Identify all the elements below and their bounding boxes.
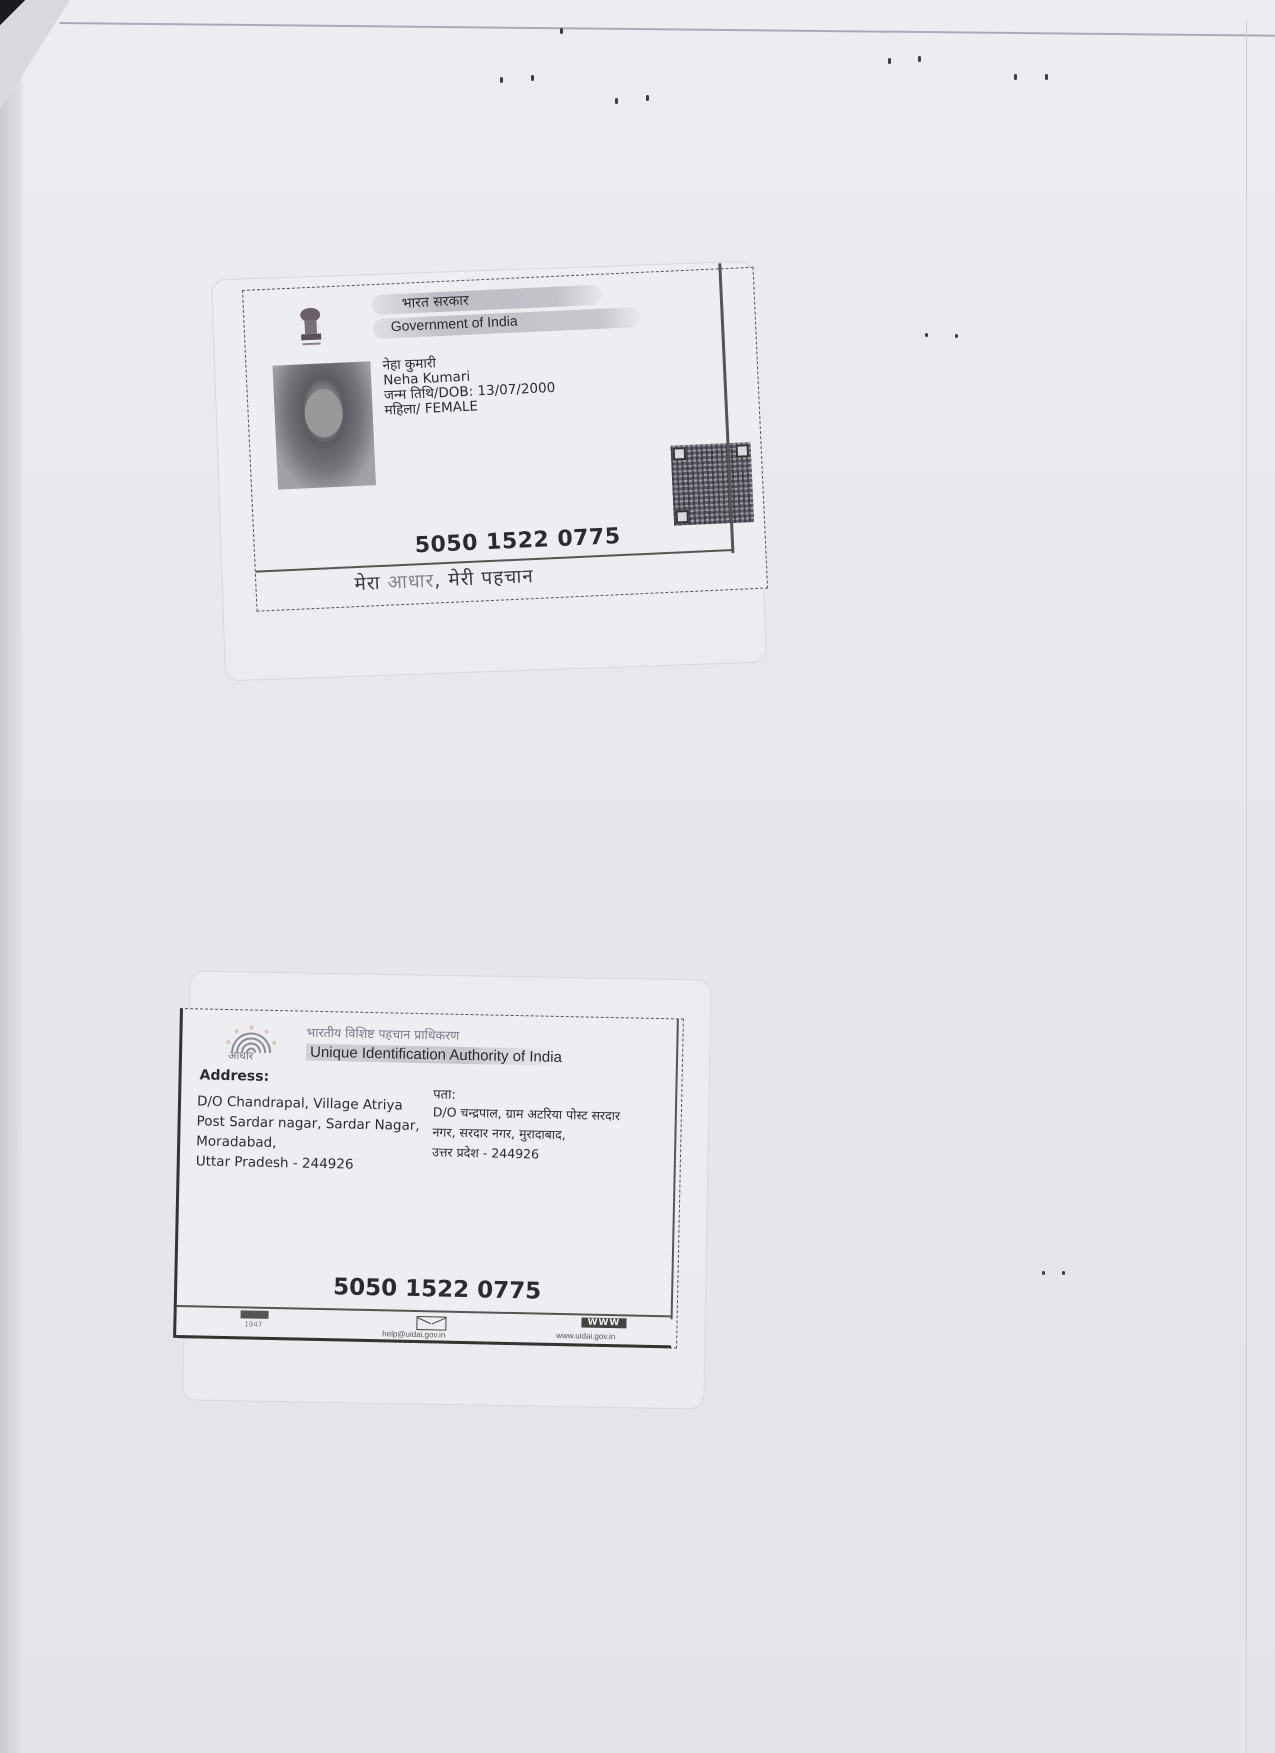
- address-label-english: Address:: [199, 1067, 269, 1084]
- paper-top-edge: [60, 0, 1275, 37]
- aadhaar-card-front: भारत सरकार Government of India नेहा कुमा…: [242, 267, 768, 612]
- helpline-icon: [241, 1310, 269, 1319]
- folded-corner: [0, 0, 70, 110]
- qr-finder-icon: [736, 444, 750, 458]
- scan-left-shadow: [0, 0, 22, 1753]
- qr-finder-icon: [673, 447, 687, 461]
- speck: [615, 98, 618, 104]
- speck: [1042, 1271, 1045, 1275]
- envelope-icon: [416, 1316, 446, 1331]
- speck: [531, 75, 534, 81]
- address-line: Uttar Pradesh - 244926: [196, 1151, 419, 1176]
- holder-photo: [272, 361, 376, 489]
- email-address: help@uidai.gov.in: [382, 1329, 445, 1339]
- aadhaar-number: 5050 1522 0775: [414, 524, 621, 558]
- address-english: D/O Chandrapal, Village Atriya Post Sard…: [196, 1091, 421, 1176]
- address-hindi: D/O चन्द्रपाल, ग्राम अटरिया पोस्ट सरदार …: [432, 1102, 620, 1166]
- qr-code: [671, 442, 755, 526]
- tagline-part: , मेरी पहचान: [434, 565, 534, 591]
- speck: [560, 28, 563, 34]
- speck: [918, 56, 921, 62]
- address-label-hindi: पता:: [433, 1084, 456, 1102]
- tagline-part: मेरा: [354, 572, 388, 595]
- speck: [500, 77, 503, 83]
- national-emblem-icon: [296, 305, 326, 348]
- aadhaar-logo-text: आधार: [228, 1048, 254, 1064]
- www-icon: WWW: [581, 1317, 626, 1328]
- speck: [955, 334, 958, 338]
- speck: [1014, 74, 1017, 80]
- speck: [888, 58, 891, 64]
- tagline-aadhaar: आधार: [387, 570, 435, 594]
- helpline-number: 1947: [244, 1320, 262, 1328]
- header-english: Unique Identification Authority of India: [306, 1044, 566, 1066]
- scanned-page: भारत सरकार Government of India नेहा कुमा…: [0, 0, 1275, 1753]
- speck: [1045, 74, 1048, 80]
- speck: [925, 333, 928, 337]
- card-border-right: [671, 1019, 679, 1319]
- speck: [1062, 1271, 1065, 1275]
- header-hindi: भारतीय विशिष्ट पहचान प्राधिकरण: [306, 1024, 459, 1044]
- aadhaar-number: 5050 1522 0775: [333, 1274, 542, 1304]
- tagline: मेरा आधार, मेरी पहचान: [354, 562, 534, 596]
- speck: [646, 95, 649, 101]
- paper-right-edge: [1246, 20, 1247, 1753]
- address-line: उत्तर प्रदेश - 244926: [432, 1142, 620, 1166]
- website-url: www.uidai.gov.in: [556, 1331, 615, 1341]
- aadhaar-card-back: आधार भारतीय विशिष्ट पहचान प्राधिकरण Uniq…: [173, 1008, 684, 1348]
- photo-face: [304, 389, 344, 439]
- holder-details: नेहा कुमारी Neha Kumari जन्म तिथि/DOB: 1…: [382, 351, 556, 419]
- qr-finder-icon: [675, 510, 689, 524]
